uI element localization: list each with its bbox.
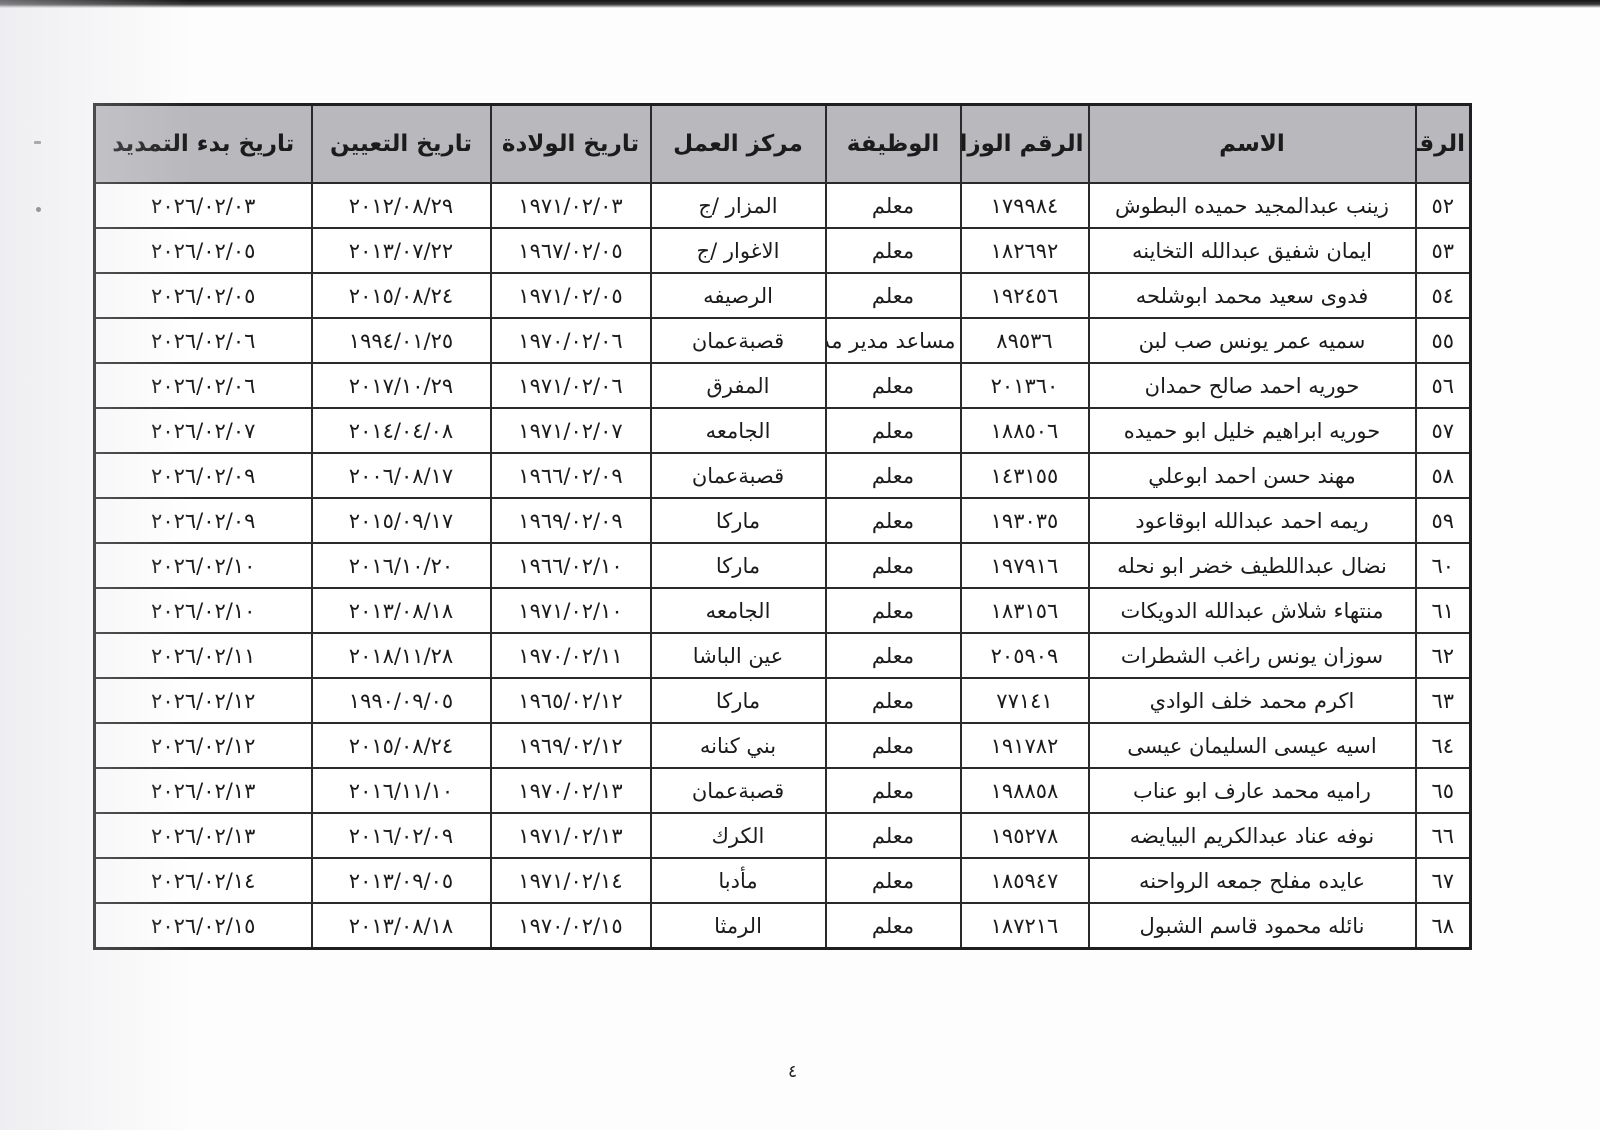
cell-ministry-number: ١٤٣١٥٥: [961, 453, 1089, 498]
table-row: ٦١ منتهاء شلاش عبدالله الدويكات ١٨٣١٥٦ م…: [95, 588, 1471, 633]
cell-name: منتهاء شلاش عبدالله الدويكات: [1089, 588, 1416, 633]
cell-name: سوزان يونس راغب الشطرات: [1089, 633, 1416, 678]
cell-row-number: ٦٧: [1416, 858, 1471, 903]
table-row: ٥٥ سميه عمر يونس صب لبن ٨٩٥٣٦ مساعد مدير…: [95, 318, 1471, 363]
cell-row-number: ٦٠: [1416, 543, 1471, 588]
cell-job-title: معلم: [826, 498, 961, 543]
cell-birth-date: ١٩٦٩/٠٢/١٢: [491, 723, 651, 768]
cell-job-title: معلم: [826, 678, 961, 723]
cell-extension-date: ٢٠٢٦/٠٢/١٢: [95, 723, 312, 768]
cell-job-title: معلم: [826, 228, 961, 273]
table-header-row: الرقم الاسم الرقم الوزاري الوظيفة مركز ا…: [95, 105, 1471, 184]
cell-ministry-number: ١٨٣١٥٦: [961, 588, 1089, 633]
cell-job-title: معلم: [826, 813, 961, 858]
cell-name: نوفه عناد عبدالكريم البيايضه: [1089, 813, 1416, 858]
cell-name: حوريه ابراهيم خليل ابو حميده: [1089, 408, 1416, 453]
cell-name: زينب عبدالمجيد حميده البطوش: [1089, 183, 1416, 228]
cell-work-center: قصبةعمان: [651, 453, 826, 498]
header-job-title: الوظيفة: [826, 105, 961, 184]
table-row: ٦٨ نائله محمود قاسم الشبول ١٨٧٢١٦ معلم ا…: [95, 903, 1471, 949]
cell-appointment-date: ٢٠١٥/٠٨/٢٤: [312, 273, 491, 318]
cell-name: اكرم محمد خلف الوادي: [1089, 678, 1416, 723]
cell-extension-date: ٢٠٢٦/٠٢/١٤: [95, 858, 312, 903]
cell-birth-date: ١٩٧١/٠٢/١٠: [491, 588, 651, 633]
cell-name: فدوى سعيد محمد ابوشلحه: [1089, 273, 1416, 318]
cell-birth-date: ١٩٧١/٠٢/٠٦: [491, 363, 651, 408]
cell-birth-date: ١٩٦٦/٠٢/١٠: [491, 543, 651, 588]
cell-work-center: قصبةعمان: [651, 768, 826, 813]
cell-row-number: ٥٦: [1416, 363, 1471, 408]
cell-row-number: ٦٢: [1416, 633, 1471, 678]
table-row: ٥٦ حوريه احمد صالح حمدان ٢٠١٣٦٠ معلم الم…: [95, 363, 1471, 408]
cell-work-center: المزار /ج: [651, 183, 826, 228]
cell-work-center: الكرك: [651, 813, 826, 858]
cell-row-number: ٥٢: [1416, 183, 1471, 228]
cell-appointment-date: ٢٠١٦/٠٢/٠٩: [312, 813, 491, 858]
cell-row-number: ٦٣: [1416, 678, 1471, 723]
cell-ministry-number: ١٩٢٤٥٦: [961, 273, 1089, 318]
cell-row-number: ٥٥: [1416, 318, 1471, 363]
cell-extension-date: ٢٠٢٦/٠٢/١٢: [95, 678, 312, 723]
cell-appointment-date: ١٩٩٤/٠١/٢٥: [312, 318, 491, 363]
table-row: ٦٠ نضال عبداللطيف خضر ابو نحله ١٩٧٩١٦ مع…: [95, 543, 1471, 588]
cell-job-title: معلم: [826, 363, 961, 408]
scan-artifact-dot: [36, 207, 41, 212]
table-row: ٥٤ فدوى سعيد محمد ابوشلحه ١٩٢٤٥٦ معلم ال…: [95, 273, 1471, 318]
cell-work-center: ماركا: [651, 678, 826, 723]
table-header: الرقم الاسم الرقم الوزاري الوظيفة مركز ا…: [95, 105, 1471, 184]
cell-birth-date: ١٩٧٠/٠٢/١٣: [491, 768, 651, 813]
cell-appointment-date: ٢٠١٧/١٠/٢٩: [312, 363, 491, 408]
header-work-center: مركز العمل: [651, 105, 826, 184]
cell-row-number: ٦٤: [1416, 723, 1471, 768]
table-row: ٦٦ نوفه عناد عبدالكريم البيايضه ١٩٥٢٧٨ م…: [95, 813, 1471, 858]
cell-birth-date: ١٩٧٠/٠٢/١١: [491, 633, 651, 678]
cell-appointment-date: ٢٠١٨/١١/٢٨: [312, 633, 491, 678]
cell-name: حوريه احمد صالح حمدان: [1089, 363, 1416, 408]
cell-ministry-number: ١٨٢٦٩٢: [961, 228, 1089, 273]
cell-name: عايده مفلح جمعه الرواحنه: [1089, 858, 1416, 903]
cell-ministry-number: ٧٧١٤١: [961, 678, 1089, 723]
cell-work-center: عين الباشا: [651, 633, 826, 678]
cell-extension-date: ٢٠٢٦/٠٢/٠٥: [95, 273, 312, 318]
cell-ministry-number: ١٩٥٢٧٨: [961, 813, 1089, 858]
cell-appointment-date: ٢٠١٣/٠٧/٢٢: [312, 228, 491, 273]
page-number: ٤: [788, 1062, 797, 1082]
cell-extension-date: ٢٠٢٦/٠٢/٠٣: [95, 183, 312, 228]
teacher-extension-table: الرقم الاسم الرقم الوزاري الوظيفة مركز ا…: [93, 103, 1472, 950]
cell-ministry-number: ١٩٣٠٣٥: [961, 498, 1089, 543]
cell-job-title: مساعد مدير مدرسة: [826, 318, 961, 363]
cell-ministry-number: ١٨٥٩٤٧: [961, 858, 1089, 903]
cell-appointment-date: ٢٠١٢/٠٨/٢٩: [312, 183, 491, 228]
cell-job-title: معلم: [826, 903, 961, 949]
header-ministry-number: الرقم الوزاري: [961, 105, 1089, 184]
cell-ministry-number: ٢٠٥٩٠٩: [961, 633, 1089, 678]
header-extension-start-date: تاريخ بدء التمديد: [95, 105, 312, 184]
cell-ministry-number: ١٧٩٩٨٤: [961, 183, 1089, 228]
header-appointment-date: تاريخ التعيين: [312, 105, 491, 184]
cell-birth-date: ١٩٧٠/٠٢/٠٦: [491, 318, 651, 363]
cell-appointment-date: ٢٠١٦/١١/١٠: [312, 768, 491, 813]
cell-row-number: ٦٨: [1416, 903, 1471, 949]
cell-row-number: ٥٤: [1416, 273, 1471, 318]
cell-row-number: ٦٥: [1416, 768, 1471, 813]
cell-job-title: معلم: [826, 408, 961, 453]
cell-extension-date: ٢٠٢٦/٠٢/١١: [95, 633, 312, 678]
cell-job-title: معلم: [826, 588, 961, 633]
cell-work-center: الاغوار /ج: [651, 228, 826, 273]
table-row: ٦٤ اسيه عيسى السليمان عيسى ١٩١٧٨٢ معلم ب…: [95, 723, 1471, 768]
cell-ministry-number: ١٨٨٥٠٦: [961, 408, 1089, 453]
cell-job-title: معلم: [826, 633, 961, 678]
cell-job-title: معلم: [826, 273, 961, 318]
cell-appointment-date: ٢٠١٤/٠٤/٠٨: [312, 408, 491, 453]
cell-birth-date: ١٩٦٥/٠٢/١٢: [491, 678, 651, 723]
table-row: ٥٧ حوريه ابراهيم خليل ابو حميده ١٨٨٥٠٦ م…: [95, 408, 1471, 453]
cell-appointment-date: ٢٠١٣/٠٩/٠٥: [312, 858, 491, 903]
cell-row-number: ٦٦: [1416, 813, 1471, 858]
cell-row-number: ٥٣: [1416, 228, 1471, 273]
header-row-number: الرقم: [1416, 105, 1471, 184]
cell-appointment-date: ٢٠١٥/٠٩/١٧: [312, 498, 491, 543]
cell-appointment-date: ٢٠١٦/١٠/٢٠: [312, 543, 491, 588]
cell-row-number: ٥٩: [1416, 498, 1471, 543]
cell-appointment-date: ١٩٩٠/٠٩/٠٥: [312, 678, 491, 723]
cell-birth-date: ١٩٧١/٠٢/١٤: [491, 858, 651, 903]
cell-ministry-number: ١٩٧٩١٦: [961, 543, 1089, 588]
table-row: ٥٣ ايمان شفيق عبدالله التخاينه ١٨٢٦٩٢ مع…: [95, 228, 1471, 273]
cell-job-title: معلم: [826, 453, 961, 498]
cell-name: ريمه احمد عبدالله ابوقاعود: [1089, 498, 1416, 543]
cell-appointment-date: ٢٠١٣/٠٨/١٨: [312, 903, 491, 949]
cell-appointment-date: ٢٠١٥/٠٨/٢٤: [312, 723, 491, 768]
cell-birth-date: ١٩٦٦/٠٢/٠٩: [491, 453, 651, 498]
cell-extension-date: ٢٠٢٦/٠٢/٠٦: [95, 318, 312, 363]
cell-work-center: المفرق: [651, 363, 826, 408]
cell-job-title: معلم: [826, 723, 961, 768]
cell-work-center: الجامعه: [651, 588, 826, 633]
table-row: ٦٢ سوزان يونس راغب الشطرات ٢٠٥٩٠٩ معلم ع…: [95, 633, 1471, 678]
cell-work-center: ماركا: [651, 543, 826, 588]
cell-work-center: مأدبا: [651, 858, 826, 903]
cell-appointment-date: ٢٠٠٦/٠٨/١٧: [312, 453, 491, 498]
cell-work-center: الجامعه: [651, 408, 826, 453]
cell-birth-date: ١٩٧١/٠٢/٠٥: [491, 273, 651, 318]
cell-birth-date: ١٩٧١/٠٢/٠٣: [491, 183, 651, 228]
cell-extension-date: ٢٠٢٦/٠٢/١٣: [95, 768, 312, 813]
cell-extension-date: ٢٠٢٦/٠٢/١٠: [95, 543, 312, 588]
cell-name: راميه محمد عارف ابو عناب: [1089, 768, 1416, 813]
cell-extension-date: ٢٠٢٦/٠٢/١٥: [95, 903, 312, 949]
header-name: الاسم: [1089, 105, 1416, 184]
cell-name: نضال عبداللطيف خضر ابو نحله: [1089, 543, 1416, 588]
scan-edge-top: [0, 0, 1600, 8]
cell-birth-date: ١٩٧١/٠٢/١٣: [491, 813, 651, 858]
table-row: ٦٧ عايده مفلح جمعه الرواحنه ١٨٥٩٤٧ معلم …: [95, 858, 1471, 903]
cell-row-number: ٥٧: [1416, 408, 1471, 453]
table-row: ٥٢ زينب عبدالمجيد حميده البطوش ١٧٩٩٨٤ مع…: [95, 183, 1471, 228]
cell-ministry-number: ٨٩٥٣٦: [961, 318, 1089, 363]
cell-row-number: ٥٨: [1416, 453, 1471, 498]
cell-job-title: معلم: [826, 183, 961, 228]
cell-name: مهند حسن احمد ابوعلي: [1089, 453, 1416, 498]
cell-birth-date: ١٩٦٩/٠٢/٠٩: [491, 498, 651, 543]
cell-birth-date: ١٩٦٧/٠٢/٠٥: [491, 228, 651, 273]
cell-extension-date: ٢٠٢٦/٠٢/٠٩: [95, 453, 312, 498]
cell-extension-date: ٢٠٢٦/٠٢/١٠: [95, 588, 312, 633]
cell-name: اسيه عيسى السليمان عيسى: [1089, 723, 1416, 768]
cell-work-center: الرمثا: [651, 903, 826, 949]
table-row: ٥٩ ريمه احمد عبدالله ابوقاعود ١٩٣٠٣٥ معل…: [95, 498, 1471, 543]
table-row: ٦٥ راميه محمد عارف ابو عناب ١٩٨٨٥٨ معلم …: [95, 768, 1471, 813]
cell-birth-date: ١٩٧٠/٠٢/١٥: [491, 903, 651, 949]
cell-row-number: ٦١: [1416, 588, 1471, 633]
cell-ministry-number: ٢٠١٣٦٠: [961, 363, 1089, 408]
cell-extension-date: ٢٠٢٦/٠٢/١٣: [95, 813, 312, 858]
scan-artifact-dash: [34, 141, 41, 144]
table-row: ٦٣ اكرم محمد خلف الوادي ٧٧١٤١ معلم ماركا…: [95, 678, 1471, 723]
cell-extension-date: ٢٠٢٦/٠٢/٠٦: [95, 363, 312, 408]
cell-ministry-number: ١٩٨٨٥٨: [961, 768, 1089, 813]
cell-extension-date: ٢٠٢٦/٠٢/٠٩: [95, 498, 312, 543]
cell-name: ايمان شفيق عبدالله التخاينه: [1089, 228, 1416, 273]
cell-work-center: قصبةعمان: [651, 318, 826, 363]
cell-ministry-number: ١٨٧٢١٦: [961, 903, 1089, 949]
table-row: ٥٨ مهند حسن احمد ابوعلي ١٤٣١٥٥ معلم قصبة…: [95, 453, 1471, 498]
cell-work-center: بني كنانه: [651, 723, 826, 768]
cell-name: نائله محمود قاسم الشبول: [1089, 903, 1416, 949]
cell-extension-date: ٢٠٢٦/٠٢/٠٧: [95, 408, 312, 453]
cell-birth-date: ١٩٧١/٠٢/٠٧: [491, 408, 651, 453]
cell-work-center: الرصيفه: [651, 273, 826, 318]
cell-work-center: ماركا: [651, 498, 826, 543]
cell-ministry-number: ١٩١٧٨٢: [961, 723, 1089, 768]
cell-job-title: معلم: [826, 543, 961, 588]
cell-extension-date: ٢٠٢٦/٠٢/٠٥: [95, 228, 312, 273]
cell-appointment-date: ٢٠١٣/٠٨/١٨: [312, 588, 491, 633]
scanned-document-page: الرقم الاسم الرقم الوزاري الوظيفة مركز ا…: [0, 0, 1600, 1130]
cell-job-title: معلم: [826, 858, 961, 903]
header-birth-date: تاريخ الولادة: [491, 105, 651, 184]
cell-name: سميه عمر يونس صب لبن: [1089, 318, 1416, 363]
cell-job-title: معلم: [826, 768, 961, 813]
table-body: ٥٢ زينب عبدالمجيد حميده البطوش ١٧٩٩٨٤ مع…: [95, 183, 1471, 949]
